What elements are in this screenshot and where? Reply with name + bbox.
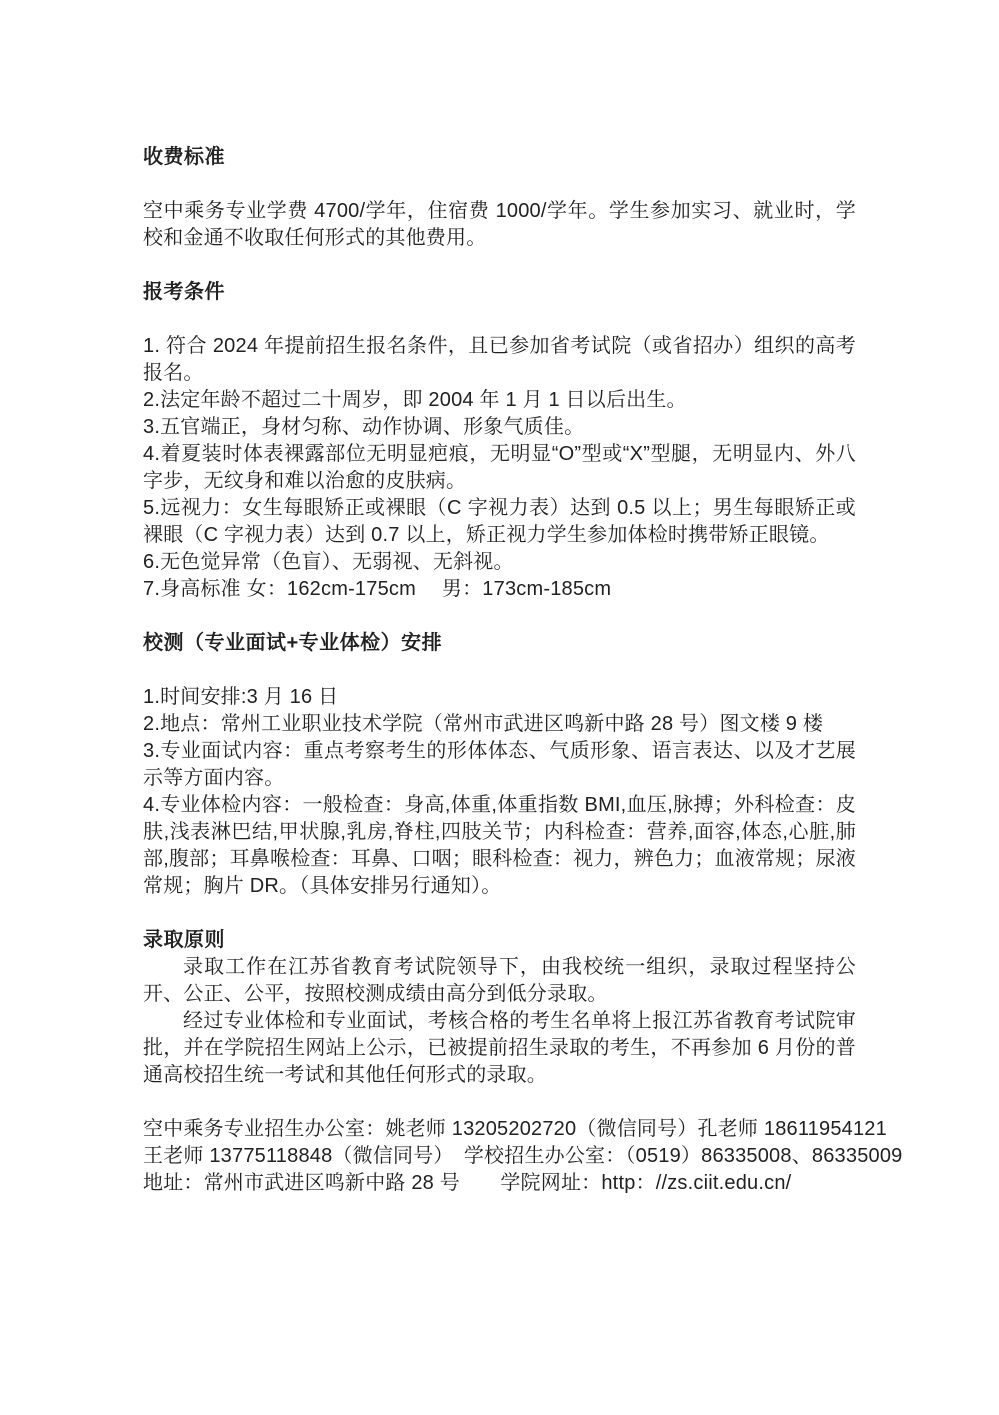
contact-line: 空中乘务专业招生办公室：姚老师 13205202720（微信同号）孔老师 186… <box>143 1116 856 1143</box>
requirement-item: 5.远视力：女生每眼矫正或裸眼（C 字视力表）达到 0.5 以上；男生每眼矫正或… <box>143 495 856 549</box>
admission-principles-heading: 录取原则 <box>143 927 856 954</box>
requirements-heading: 报考条件 <box>143 279 856 306</box>
document-page: 收费标准 空中乘务专业学费 4700/学年，住宿费 1000/学年。学生参加实习… <box>0 0 999 1415</box>
admission-paragraph: 经过专业体检和专业面试，考核合格的考生名单将上报江苏省教育考试院审批，并在学院招… <box>143 1008 856 1089</box>
requirement-item: 4.着夏装时体表裸露部位无明显疤痕，无明显“O”型或“X”型腿，无明显内、外八字… <box>143 441 856 495</box>
school-test-heading: 校测（专业面试+专业体检）安排 <box>143 630 856 657</box>
contact-line: 地址：常州市武进区鸣新中路 28 号 学院网址：http：//zs.ciit.e… <box>143 1170 856 1197</box>
school-test-item: 1.时间安排:3 月 16 日 <box>143 684 856 711</box>
requirements-list: 1. 符合 2024 年提前招生报名条件，且已参加省考试院（或省招办）组织的高考… <box>143 333 856 603</box>
contact-block: 空中乘务专业招生办公室：姚老师 13205202720（微信同号）孔老师 186… <box>143 1116 856 1197</box>
admission-principles-body: 录取工作在江苏省教育考试院领导下，由我校统一组织，录取过程坚持公开、公正、公平，… <box>143 954 856 1089</box>
admission-paragraph: 录取工作在江苏省教育考试院领导下，由我校统一组织，录取过程坚持公开、公正、公平，… <box>143 954 856 1008</box>
requirement-item: 3.五官端正，身材匀称、动作协调、形象气质佳。 <box>143 414 856 441</box>
school-test-item: 3.专业面试内容：重点考察考生的形体体态、气质形象、语言表达、以及才艺展示等方面… <box>143 738 856 792</box>
requirement-item: 6.无色觉异常（色盲）、无弱视、无斜视。 <box>143 549 856 576</box>
requirement-item: 7.身高标准 女：162cm-175cm 男：173cm-185cm <box>143 576 856 603</box>
school-test-list: 1.时间安排:3 月 16 日 2.地点：常州工业职业技术学院（常州市武进区鸣新… <box>143 684 856 900</box>
school-test-item: 4.专业体检内容：一般检查：身高,体重,体重指数 BMI,血压,脉搏；外科检查：… <box>143 792 856 900</box>
requirement-item: 1. 符合 2024 年提前招生报名条件，且已参加省考试院（或省招办）组织的高考… <box>143 333 856 387</box>
fees-paragraph: 空中乘务专业学费 4700/学年，住宿费 1000/学年。学生参加实习、就业时，… <box>143 198 856 252</box>
fees-heading: 收费标准 <box>143 144 856 171</box>
school-test-item: 2.地点：常州工业职业技术学院（常州市武进区鸣新中路 28 号）图文楼 9 楼 <box>143 711 856 738</box>
contact-line: 王老师 13775118848（微信同号） 学校招生办公室：（0519）8633… <box>143 1143 856 1170</box>
requirement-item: 2.法定年龄不超过二十周岁，即 2004 年 1 月 1 日以后出生。 <box>143 387 856 414</box>
